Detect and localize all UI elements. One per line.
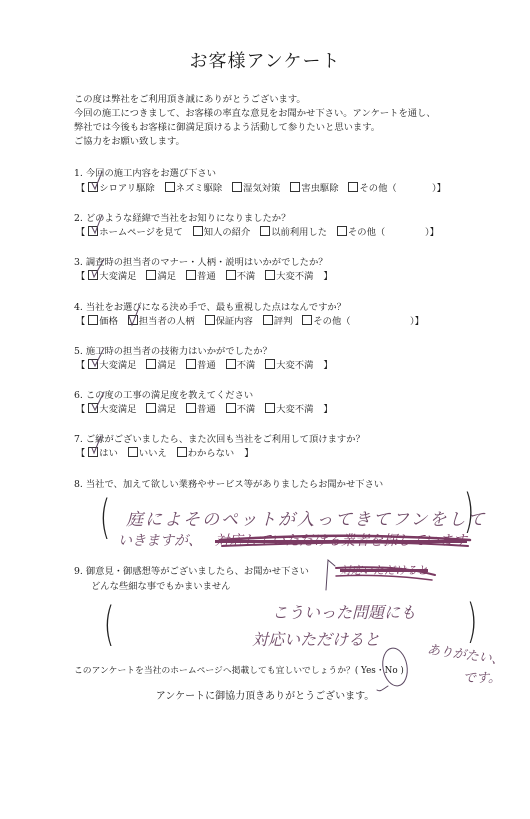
option-label: 普通 [197, 404, 216, 415]
option-very-satisfied[interactable]: 大変満足 [88, 271, 136, 282]
answer-9-trail-2[interactable]: です。 [463, 667, 501, 686]
option-very-satisfied[interactable]: 大変満足 [88, 404, 136, 415]
option-price[interactable]: 価格 [88, 316, 118, 327]
checkbox-checked[interactable] [88, 270, 98, 280]
option-label: 不満 [237, 360, 256, 371]
option-no[interactable]: いいえ [128, 448, 167, 459]
bracket-open: 【 [76, 183, 85, 194]
question-number: 6. [74, 390, 83, 401]
consent-yes[interactable]: Yes [361, 666, 376, 676]
option-very-dissatisfied[interactable]: 大変不満 [265, 404, 313, 415]
checkbox[interactable] [290, 182, 300, 192]
checkbox[interactable] [260, 226, 270, 236]
question-5-options: 【 大変満足 満足 普通 不満 大変不満 】 [76, 357, 333, 371]
option-unsure[interactable]: わからない [177, 448, 235, 459]
question-4: 4. 当社をお選びになる決め手で、最も重視した点はなんですか？ [74, 299, 346, 313]
bracket-open: 【 [76, 448, 85, 459]
checkbox[interactable] [348, 182, 358, 192]
option-label: ホームページを見て [99, 227, 183, 238]
question-7-options: 【 はい いいえ わからない 】 [76, 445, 254, 459]
question-number: 5. [74, 346, 83, 357]
checkbox[interactable] [232, 182, 242, 192]
option-label: 担当者の人柄 [139, 316, 195, 327]
question-text: 調査時の担当者のマナー・人柄・説明はいかがでしたか？ [86, 257, 328, 268]
option-label: シロアリ駆除 [99, 183, 154, 194]
option-label: 大変不満 [276, 360, 313, 371]
checkbox[interactable] [88, 315, 98, 325]
option-label: 大変不満 [276, 271, 313, 282]
answer-9-line-2[interactable]: 対応いただけると [252, 627, 380, 650]
question-2-options: 【 ホームページを見て 知人の紹介 以前利用した その他（ [76, 224, 392, 238]
option-dissatisfied[interactable]: 不満 [226, 271, 256, 282]
option-label: 評判 [274, 316, 293, 327]
bracket-close: ）】 [432, 180, 446, 194]
answer-8-line-1[interactable]: 庭によそのペットが入ってきてフンをして [126, 505, 486, 530]
option-dissatisfied[interactable]: 不満 [226, 404, 256, 415]
bracket-close: ）】 [410, 313, 424, 327]
question-9-subtext: どんな些細な事でもかまいません [91, 578, 230, 592]
option-yes[interactable]: はい [88, 448, 118, 459]
option-label: その他（ [313, 316, 350, 327]
checkbox-checked[interactable] [88, 447, 98, 457]
question-text: 御意見・御感想等がございましたら、お聞かせ下さい [86, 566, 309, 577]
checkbox[interactable] [265, 359, 275, 369]
checkbox[interactable] [128, 447, 138, 457]
option-label: 害虫駆除 [301, 183, 338, 194]
option-label: その他（ [348, 227, 385, 238]
option-label: ネズミ駆除 [176, 183, 223, 194]
bracket-open: 【 [76, 227, 85, 238]
checkbox-checked[interactable] [88, 403, 98, 413]
question-9: 9. 御意見・御感想等がございましたら、お聞かせ下さい [74, 563, 309, 577]
option-label: 大変不満 [276, 404, 313, 415]
option-homepage[interactable]: ホームページを見て [88, 227, 183, 238]
bracket-close: 】 [323, 404, 332, 415]
question-text: どのような経緯で当社をお知りになりましたか？ [86, 213, 291, 224]
intro-line-2: 今回の施工につきまして、お客様の率直な意見をお聞かせ下さい。アンケートを通し、 [74, 106, 436, 121]
checkbox[interactable] [186, 270, 196, 280]
option-neutral[interactable]: 普通 [186, 271, 216, 282]
bracket-open: 【 [76, 316, 85, 327]
answer-9-line-1[interactable]: こういった問題にも [272, 600, 416, 623]
bracket-close: 】 [323, 360, 332, 371]
option-referral[interactable]: 知人の紹介 [193, 227, 251, 238]
checkbox[interactable] [165, 182, 175, 192]
bracket-open: 【 [76, 271, 85, 282]
option-label: 不満 [237, 271, 256, 282]
checkbox[interactable] [265, 270, 275, 280]
checkbox-checked[interactable] [88, 182, 98, 192]
option-label: 以前利用した [271, 227, 327, 238]
question-text: 当社をお選びになる決め手で、最も重視した点はなんですか？ [86, 302, 346, 313]
option-label: わからない [188, 448, 235, 459]
question-text: 当社で、加えて欲しい業務やサービス等がありましたらお聞かせ下さい [86, 479, 383, 490]
option-label: 大変満足 [99, 271, 136, 282]
checkbox[interactable] [146, 403, 156, 413]
thank-you-message: アンケートに御協力頂きありがとうございます。 [0, 687, 530, 702]
answer-9-trail-1[interactable]: ありがたい、 [426, 639, 506, 669]
question-8: 8. 当社で、加えて欲しい業務やサービス等がありましたらお聞かせ下さい [74, 476, 383, 490]
option-label: 湿気対策 [243, 183, 280, 194]
checkbox[interactable] [205, 315, 215, 325]
question-3: 3. 調査時の担当者のマナー・人柄・説明はいかがでしたか？ [74, 254, 328, 268]
intro-line-3: 弊社では今後もお客様に御満足頂けるよう活動して参りたいと思います。 [74, 120, 380, 135]
bracket-open: 【 [76, 404, 85, 415]
option-label: はい [99, 448, 118, 459]
checkbox[interactable] [186, 403, 196, 413]
option-satisfied[interactable]: 満足 [146, 404, 176, 415]
question-1: 1. 今回の施工内容をお選び下さい [74, 165, 216, 179]
question-number: 7. [74, 434, 83, 445]
checkbox[interactable] [193, 226, 203, 236]
checkbox[interactable] [226, 359, 236, 369]
option-pest[interactable]: 害虫駆除 [290, 183, 338, 194]
option-warranty[interactable]: 保証内容 [205, 316, 253, 327]
option-label: 普通 [197, 271, 216, 282]
question-number: 3. [74, 257, 83, 268]
option-label: 大変満足 [99, 404, 136, 415]
option-termite[interactable]: シロアリ駆除 [88, 183, 154, 194]
checkbox-checked[interactable] [128, 315, 138, 325]
checkbox[interactable] [265, 403, 275, 413]
option-satisfied[interactable]: 満足 [146, 360, 176, 371]
option-satisfied[interactable]: 満足 [146, 271, 176, 282]
intro-line-1: この度は弊社をご利用頂き誠にありがとうございます。 [74, 92, 306, 107]
option-label: 不満 [237, 404, 256, 415]
checkbox[interactable] [146, 270, 156, 280]
question-number: 1. [74, 168, 83, 179]
question-number: 4. [74, 302, 83, 313]
question-3-options: 【 大変満足 満足 普通 不満 大変不満 】 [76, 268, 333, 282]
checkbox[interactable] [146, 359, 156, 369]
option-other[interactable]: その他（ [302, 316, 350, 327]
option-reputation[interactable]: 評判 [263, 316, 293, 327]
consent-question: このアンケートを当社のホームページへ掲載しても宜しいでしょうか？( Yes・No… [74, 663, 404, 676]
option-label: 価格 [99, 316, 118, 327]
option-label: 普通 [197, 360, 216, 371]
option-label: 保証内容 [216, 316, 253, 327]
question-2: 2. どのような経緯で当社をお知りになりましたか？ [74, 210, 290, 224]
checkbox[interactable] [302, 315, 312, 325]
consent-no[interactable]: No [385, 666, 398, 676]
checkbox-checked[interactable] [88, 359, 98, 369]
option-rat[interactable]: ネズミ駆除 [165, 183, 223, 194]
question-text: この度の工事の満足度を教えてください [86, 390, 253, 401]
option-other[interactable]: その他（ [348, 183, 396, 194]
option-label: いいえ [139, 448, 167, 459]
option-label: 知人の紹介 [204, 227, 251, 238]
checkbox[interactable] [186, 359, 196, 369]
option-label: その他（ [359, 183, 396, 194]
checkbox[interactable] [263, 315, 273, 325]
option-previous[interactable]: 以前利用した [260, 227, 327, 238]
option-staff-personality[interactable]: 担当者の人柄 [128, 316, 195, 327]
question-1-options: 【 シロアリ駆除 ネズミ駆除 湿気対策 害虫駆除 その他（ [76, 180, 404, 194]
question-text: ご縁がございましたら、また次回も当社をご利用して頂けますか？ [86, 434, 365, 445]
question-number: 9. [74, 566, 83, 577]
answer-8-line-2[interactable]: いきますが、 [118, 530, 202, 550]
checkbox[interactable] [226, 403, 236, 413]
question-6-options: 【 大変満足 満足 普通 不満 大変不満 】 [76, 401, 333, 415]
question-6: 6. この度の工事の満足度を教えてください [74, 387, 253, 401]
option-label: 満足 [157, 404, 176, 415]
answer-9-paren-close: ) [467, 594, 478, 648]
question-text: 施工時の担当者の技術力はいかがでしたか？ [86, 346, 272, 357]
option-label: 満足 [157, 360, 176, 371]
answer-8-struck-text: 対応していただける業者を探しています [215, 530, 467, 550]
question-4-options: 【 価格 担当者の人柄 保証内容 評判 その他（ [76, 313, 358, 327]
option-other[interactable]: その他（ [337, 227, 385, 238]
option-label: 大変満足 [99, 360, 136, 371]
question-5: 5. 施工時の担当者の技術力はいかがでしたか？ [74, 343, 272, 357]
consent-label: このアンケートを当社のホームページへ掲載しても宜しいでしょうか？ [74, 666, 355, 676]
bracket-close: 】 [244, 448, 253, 459]
question-text: 今回の施工内容をお選び下さい [86, 168, 216, 179]
answer-9-struck-text: 対応いただけると [340, 562, 428, 578]
option-moisture[interactable]: 湿気対策 [232, 183, 280, 194]
option-neutral[interactable]: 普通 [186, 360, 216, 371]
consent-separator: ・ [376, 666, 385, 676]
survey-title: お客様アンケート [0, 47, 530, 73]
bracket-close: 】 [323, 271, 332, 282]
option-very-dissatisfied[interactable]: 大変不満 [265, 360, 313, 371]
option-very-dissatisfied[interactable]: 大変不満 [265, 271, 313, 282]
question-number: 8. [74, 479, 83, 490]
intro-line-4: ご協力をお願い致します。 [74, 134, 185, 149]
checkbox[interactable] [177, 447, 187, 457]
bracket-close: ）】 [425, 224, 439, 238]
option-dissatisfied[interactable]: 不満 [226, 360, 256, 371]
bracket-open: 【 [76, 360, 85, 371]
question-number: 2. [74, 213, 83, 224]
option-label: 満足 [157, 271, 176, 282]
checkbox-checked[interactable] [88, 226, 98, 236]
checkbox[interactable] [226, 270, 236, 280]
option-very-satisfied[interactable]: 大変満足 [88, 360, 136, 371]
question-7: 7. ご縁がございましたら、また次回も当社をご利用して頂けますか？ [74, 431, 365, 445]
option-neutral[interactable]: 普通 [186, 404, 216, 415]
checkbox[interactable] [337, 226, 347, 236]
answer-9-paren-open: ( [104, 597, 115, 651]
answer-8-paren-open: ( [100, 490, 111, 544]
